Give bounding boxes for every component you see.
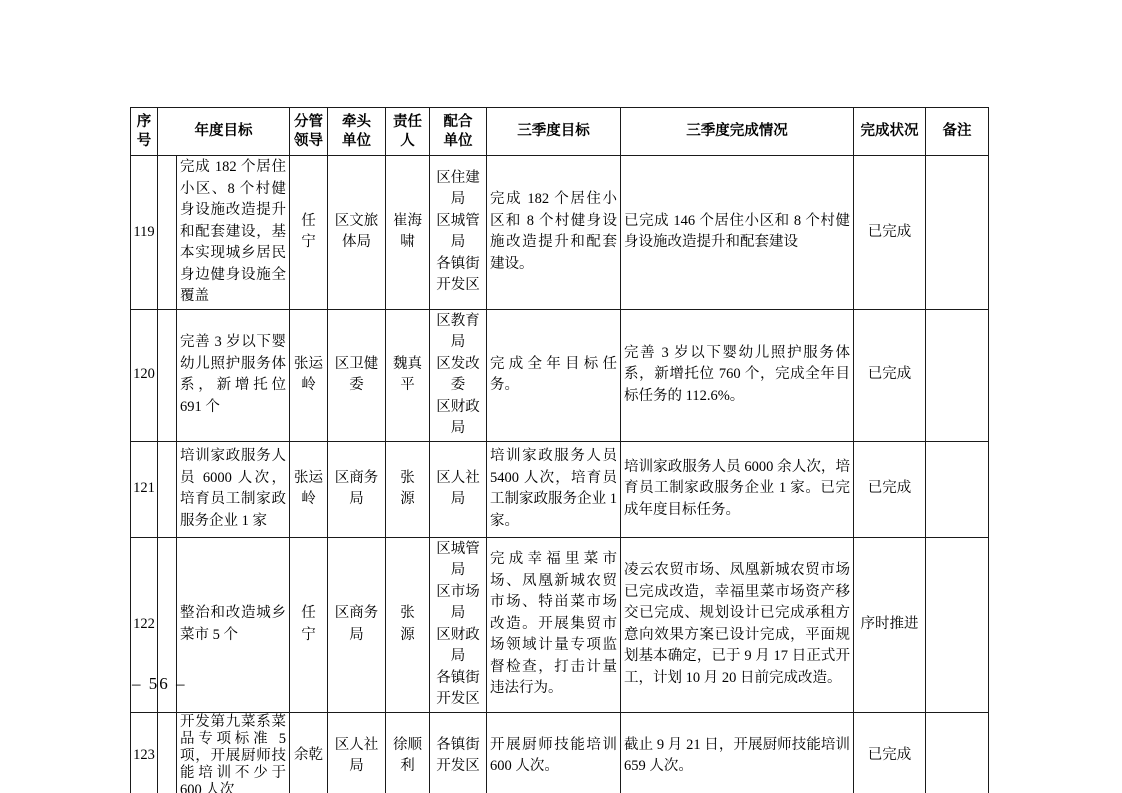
cell-serial: 120 (131, 309, 158, 441)
cell-leader: 任 宁 (290, 537, 328, 712)
cell-remark (926, 156, 989, 310)
cell-remark (926, 537, 989, 712)
cell-spacer (158, 441, 177, 537)
cell-lead-unit: 区商务局 (328, 441, 386, 537)
table-row-119: 119 完成 182 个居住小区、8 个村健身设施改造提升和配套建设，基本实现城… (131, 156, 989, 310)
progress-table: 序 号 年度目标 分管 领导 牵头 单位 责任人 配合 单位 三季度目标 三季度… (130, 107, 989, 793)
col-header-serial: 序 号 (131, 108, 158, 156)
cell-lead-unit: 区文旅体局 (328, 156, 386, 310)
page-number: – 56 – (132, 674, 187, 694)
cell-leader: 张运 岭 (290, 441, 328, 537)
cell-spacer (158, 712, 177, 793)
table-row-120: 120 完善 3 岁以下婴幼儿照护服务体系，新增托位 691 个 张运 岭 区卫… (131, 309, 989, 441)
cell-annual-goal: 整治和改造城乡菜市 5 个 (177, 537, 290, 712)
cell-q3-completion: 已完成 146 个居住小区和 8 个村健身设施改造提升和配套建设 (621, 156, 854, 310)
cell-spacer (158, 156, 177, 310)
cell-annual-goal: 开发第九菜系菜品专项标准 5 项，开展厨师技能培训不少于 600 人次 (177, 712, 290, 793)
cell-serial: 121 (131, 441, 158, 537)
cell-q3-goal: 完成 182 个居住小区和 8 个村健身设施改造提升和配套建设。 (487, 156, 621, 310)
col-header-remark: 备注 (926, 108, 989, 156)
cell-responsible: 魏真平 (386, 309, 430, 441)
cell-serial: 123 (131, 712, 158, 793)
document-page: 序 号 年度目标 分管 领导 牵头 单位 责任人 配合 单位 三季度目标 三季度… (0, 0, 1122, 793)
cell-responsible: 张 源 (386, 441, 430, 537)
cell-cooperating-unit: 区城管局 区市场局 区财政局 各镇街 开发区 (430, 537, 487, 712)
cell-responsible: 张 源 (386, 537, 430, 712)
cell-remark (926, 309, 989, 441)
cell-status: 已完成 (854, 712, 926, 793)
cell-q3-goal: 完成幸福里菜市场、凤凰新城农贸市场、特畄菜市场改造。开展集贸市场领域计量专项监督… (487, 537, 621, 712)
cell-cooperating-unit: 各镇街 开发区 (430, 712, 487, 793)
cell-cooperating-unit: 区教育局 区发改委 区财政局 (430, 309, 487, 441)
col-header-q3-completion: 三季度完成情况 (621, 108, 854, 156)
cell-status: 已完成 (854, 441, 926, 537)
cell-responsible: 崔海啸 (386, 156, 430, 310)
cell-cooperating-unit: 区人社局 (430, 441, 487, 537)
col-header-leader: 分管 领导 (290, 108, 328, 156)
cell-q3-goal: 开展厨师技能培训 600 人次。 (487, 712, 621, 793)
col-header-q3-goal: 三季度目标 (487, 108, 621, 156)
cell-serial: 119 (131, 156, 158, 310)
cell-status: 序时推进 (854, 537, 926, 712)
cell-q3-completion: 培训家政服务人员 6000 余人次，培育员工制家政服务企业 1 家。已完成年度目… (621, 441, 854, 537)
cell-spacer (158, 309, 177, 441)
col-header-status: 完成状况 (854, 108, 926, 156)
col-header-annual-goal: 年度目标 (158, 108, 290, 156)
cell-lead-unit: 区卫健委 (328, 309, 386, 441)
cell-leader: 余乾 (290, 712, 328, 793)
cell-cooperating-unit: 区住建局 区城管局 各镇街 开发区 (430, 156, 487, 310)
col-header-lead-unit: 牵头 单位 (328, 108, 386, 156)
cell-q3-completion: 截止 9 月 21 日，开展厨师技能培训 659 人次。 (621, 712, 854, 793)
cell-annual-goal: 完成 182 个居住小区、8 个村健身设施改造提升和配套建设，基本实现城乡居民身… (177, 156, 290, 310)
cell-status: 已完成 (854, 309, 926, 441)
cell-q3-completion: 凌云农贸市场、凤凰新城农贸市场已完成改造，幸福里菜市场资产移交已完成、规划设计已… (621, 537, 854, 712)
col-header-cooperating-unit: 配合 单位 (430, 108, 487, 156)
cell-annual-goal: 完善 3 岁以下婴幼儿照护服务体系，新增托位 691 个 (177, 309, 290, 441)
cell-remark (926, 441, 989, 537)
cell-q3-completion: 完善 3 岁以下婴幼儿照护服务体系，新增托位 760 个，完成全年目标任务的 1… (621, 309, 854, 441)
cell-q3-goal: 培训家政服务人员 5400 人次，培育员工制家政服务企业 1 家。 (487, 441, 621, 537)
table-row-122: 122 整治和改造城乡菜市 5 个 任 宁 区商务局 张 源 区城管局 区市场局… (131, 537, 989, 712)
cell-leader: 任 宁 (290, 156, 328, 310)
table-row-123: 123 开发第九菜系菜品专项标准 5 项，开展厨师技能培训不少于 600 人次 … (131, 712, 989, 793)
table-row-121: 121 培训家政服务人员 6000 人次，培育员工制家政服务企业 1 家 张运 … (131, 441, 989, 537)
cell-status: 已完成 (854, 156, 926, 310)
cell-annual-goal: 培训家政服务人员 6000 人次，培育员工制家政服务企业 1 家 (177, 441, 290, 537)
cell-lead-unit: 区商务局 (328, 537, 386, 712)
col-header-responsible: 责任人 (386, 108, 430, 156)
cell-responsible: 徐顺利 (386, 712, 430, 793)
cell-q3-goal: 完成全年目标任务。 (487, 309, 621, 441)
cell-leader: 张运 岭 (290, 309, 328, 441)
cell-remark (926, 712, 989, 793)
cell-lead-unit: 区人社局 (328, 712, 386, 793)
table-header-row: 序 号 年度目标 分管 领导 牵头 单位 责任人 配合 单位 三季度目标 三季度… (131, 108, 989, 156)
